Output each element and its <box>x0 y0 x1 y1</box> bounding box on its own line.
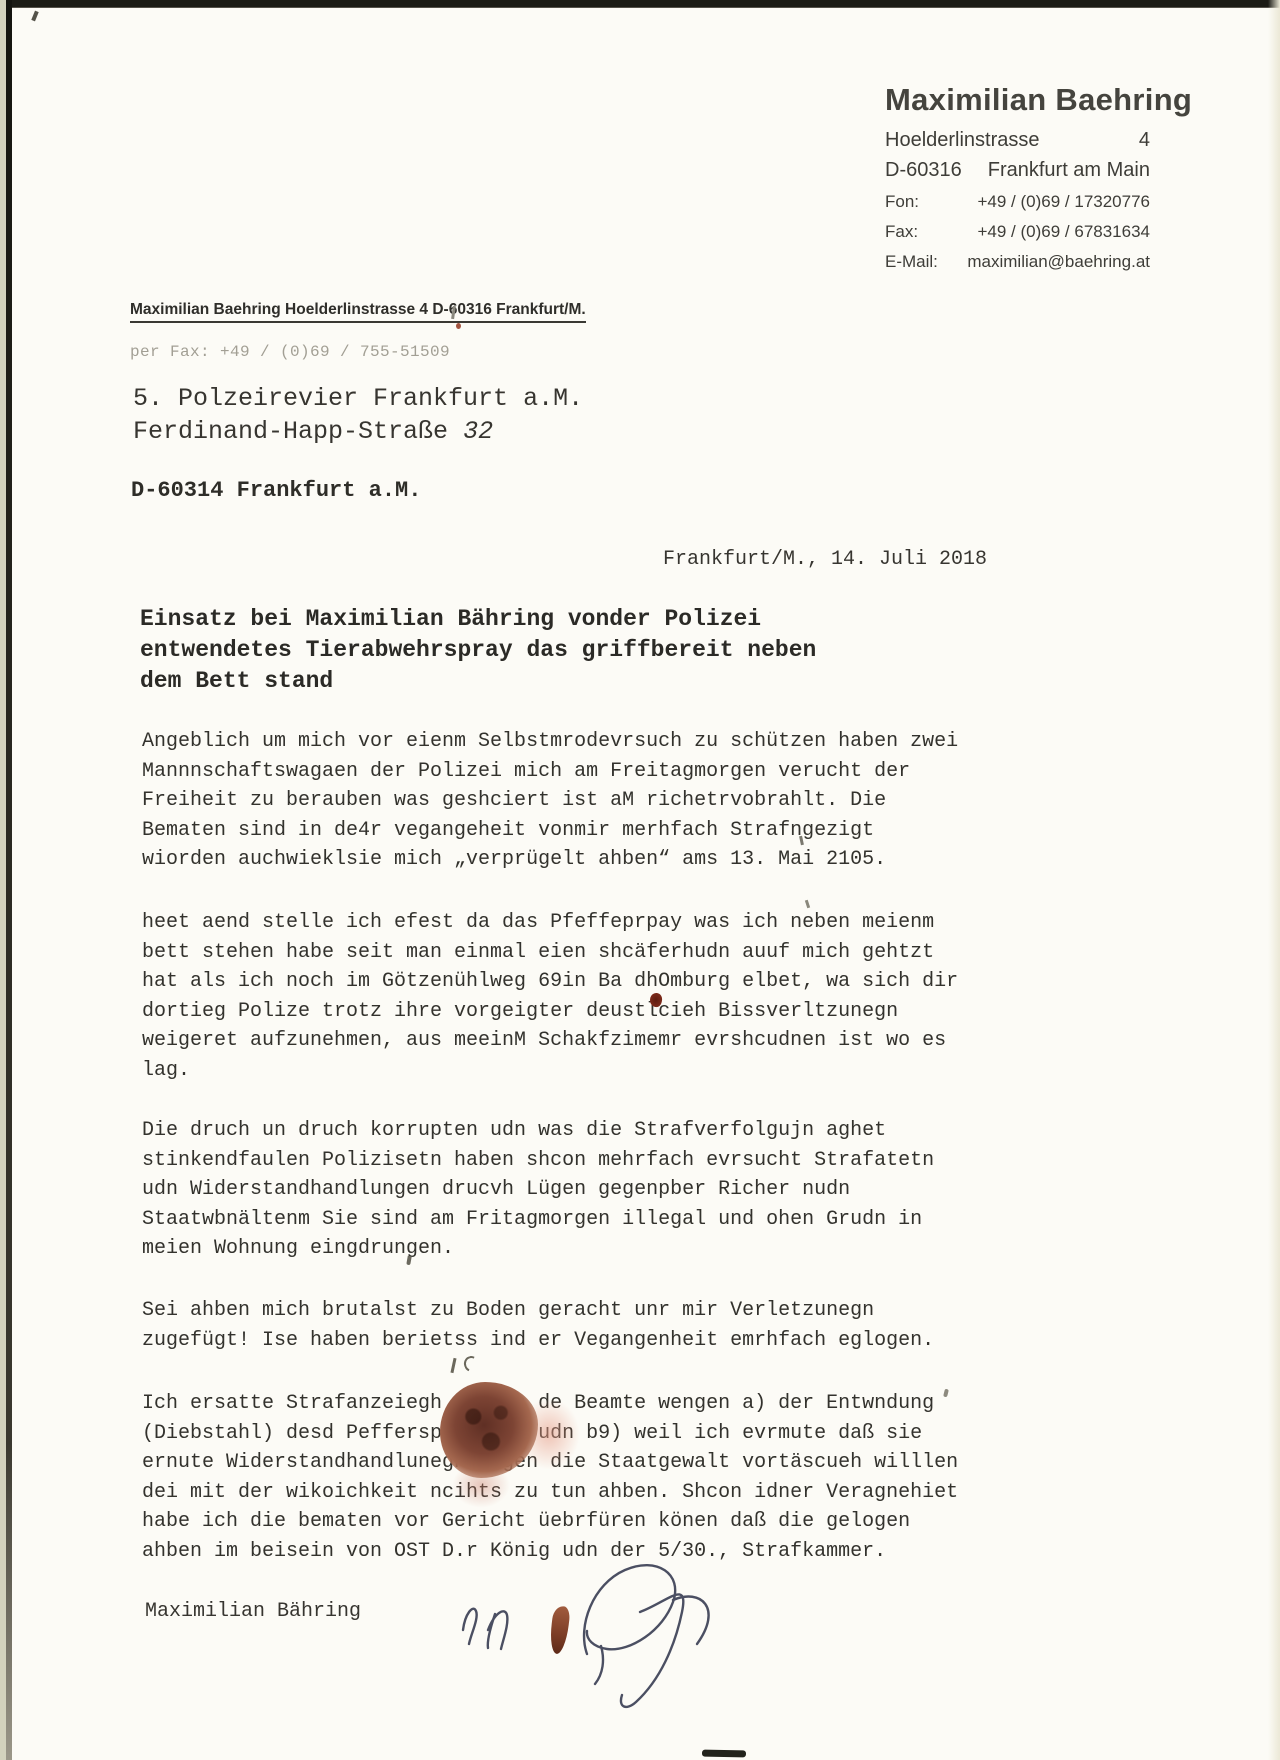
letterhead-postal: D-60316 <box>885 159 962 182</box>
letterhead-fax-row: Fax: +49 / (0)69 / 67831634 <box>885 222 1150 242</box>
subject-lines: Einsatz bei Maximilian Bähring vonder Po… <box>140 604 816 697</box>
letterhead-email-row: E-Mail: maximilian@baehring.at <box>885 252 1150 272</box>
letterhead: Maximilian Baehring Hoelderlinstrasse 4 … <box>885 82 1150 272</box>
letterhead-city-row: D-60316 Frankfurt am Main <box>885 159 1150 182</box>
letterhead-city: Frankfurt am Main <box>988 159 1150 182</box>
scan-edge-left-line <box>6 0 12 1760</box>
scan-speckle <box>406 1256 412 1266</box>
letterhead-name: Maximilian Baehring <box>885 82 1150 118</box>
scan-edge-right <box>1268 0 1280 1760</box>
body-paragraph-3: Die druch un druch korrupten udn was die… <box>142 1116 934 1264</box>
fon-value: +49 / (0)69 / 17320776 <box>978 192 1151 212</box>
signature-ink <box>435 1550 765 1720</box>
scan-speckle <box>456 323 461 329</box>
letterhead-street-no: 4 <box>1139 129 1150 152</box>
recipient-line2: Ferdinand-Happ-Straße 32 <box>133 417 493 446</box>
fax-value: +49 / (0)69 / 67831634 <box>978 222 1151 242</box>
scan-edge-top <box>0 0 1280 8</box>
body-paragraph-4: Sei ahben mich brutalst zu Boden geracht… <box>142 1296 934 1355</box>
email-value: maximilian@baehring.at <box>967 252 1150 272</box>
fax-note: per Fax: +49 / (0)69 / 755-51509 <box>130 343 450 361</box>
scanned-letter-page: Maximilian Baehring Hoelderlinstrasse 4 … <box>0 0 1280 1760</box>
recipient-city-line: D-60314 Frankfurt a.M. <box>131 478 421 503</box>
letterhead-fon-row: Fon: +49 / (0)69 / 17320776 <box>885 192 1150 212</box>
letterhead-street-row: Hoelderlinstrasse 4 <box>885 129 1150 152</box>
email-label: E-Mail: <box>885 252 938 272</box>
recipient-line1: 5. Polzeirevier Frankfurt a.M. <box>133 384 583 413</box>
letterhead-street: Hoelderlinstrasse <box>885 129 1040 152</box>
body-paragraph-1: Angeblich um mich vor eienm Selbstmrodev… <box>142 727 958 875</box>
recipient-street: Ferdinand-Happ-Straße <box>133 417 463 446</box>
fon-label: Fon: <box>885 192 919 212</box>
scan-speckle <box>31 11 38 22</box>
scan-speckle <box>805 900 810 909</box>
body-paragraph-2: heet aend stelle ich efest da das Pfeffe… <box>142 908 958 1085</box>
fax-label: Fax: <box>885 222 918 242</box>
typed-signature: Maximilian Bähring <box>145 1600 361 1623</box>
sender-address-line: Maximilian Baehring Hoelderlinstrasse 4 … <box>130 301 586 323</box>
scan-speckle <box>462 1354 482 1374</box>
dateline: Frankfurt/M., 14. Juli 2018 <box>663 548 987 571</box>
scan-speckle <box>450 1358 456 1373</box>
bottom-scan-mark <box>702 1750 746 1758</box>
recipient-street-number: 32 <box>463 417 493 446</box>
